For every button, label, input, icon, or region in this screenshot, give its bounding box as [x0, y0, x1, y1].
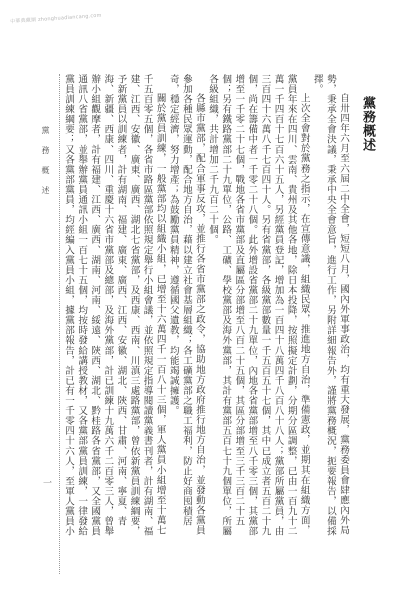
page-number: 一: [40, 478, 53, 487]
paragraph-3: 各縣市黨部，配合軍事反攻，並推行各省市黨部之政令，協助地方政府推行地方自治，並發…: [167, 74, 206, 544]
page-title: 黨務概述: [360, 96, 374, 152]
margin-rule: [59, 74, 60, 574]
paragraph-1: 自卅四年六月至六屆二中全會，短短八月，國內外軍事政治，均有重大發展，黨務委員會肆…: [311, 74, 350, 544]
running-head: 黨務概述: [40, 126, 51, 206]
document-page: 中華典藏網 zhonghuadiancang.com 黨務概述 自卅四年六月至六…: [0, 0, 420, 600]
paragraph-2: 上次全會對於黨務之指示，在宣傳意識，組織民眾，推進地方自治，準備憲政，並期其在組…: [206, 74, 311, 544]
body-text: 自卅四年六月至六屆二中全會，短短八月，國內外軍事政治，均有重大發展，黨務委員會肆…: [62, 74, 350, 544]
paragraph-4: 關於黨員訓練，一般黨部均以組織小組，已增至十六萬四千一百八十三個，軍人黨員小組增…: [62, 74, 167, 544]
site-watermark: 中華典藏網 zhonghuadiancang.com: [10, 12, 102, 25]
